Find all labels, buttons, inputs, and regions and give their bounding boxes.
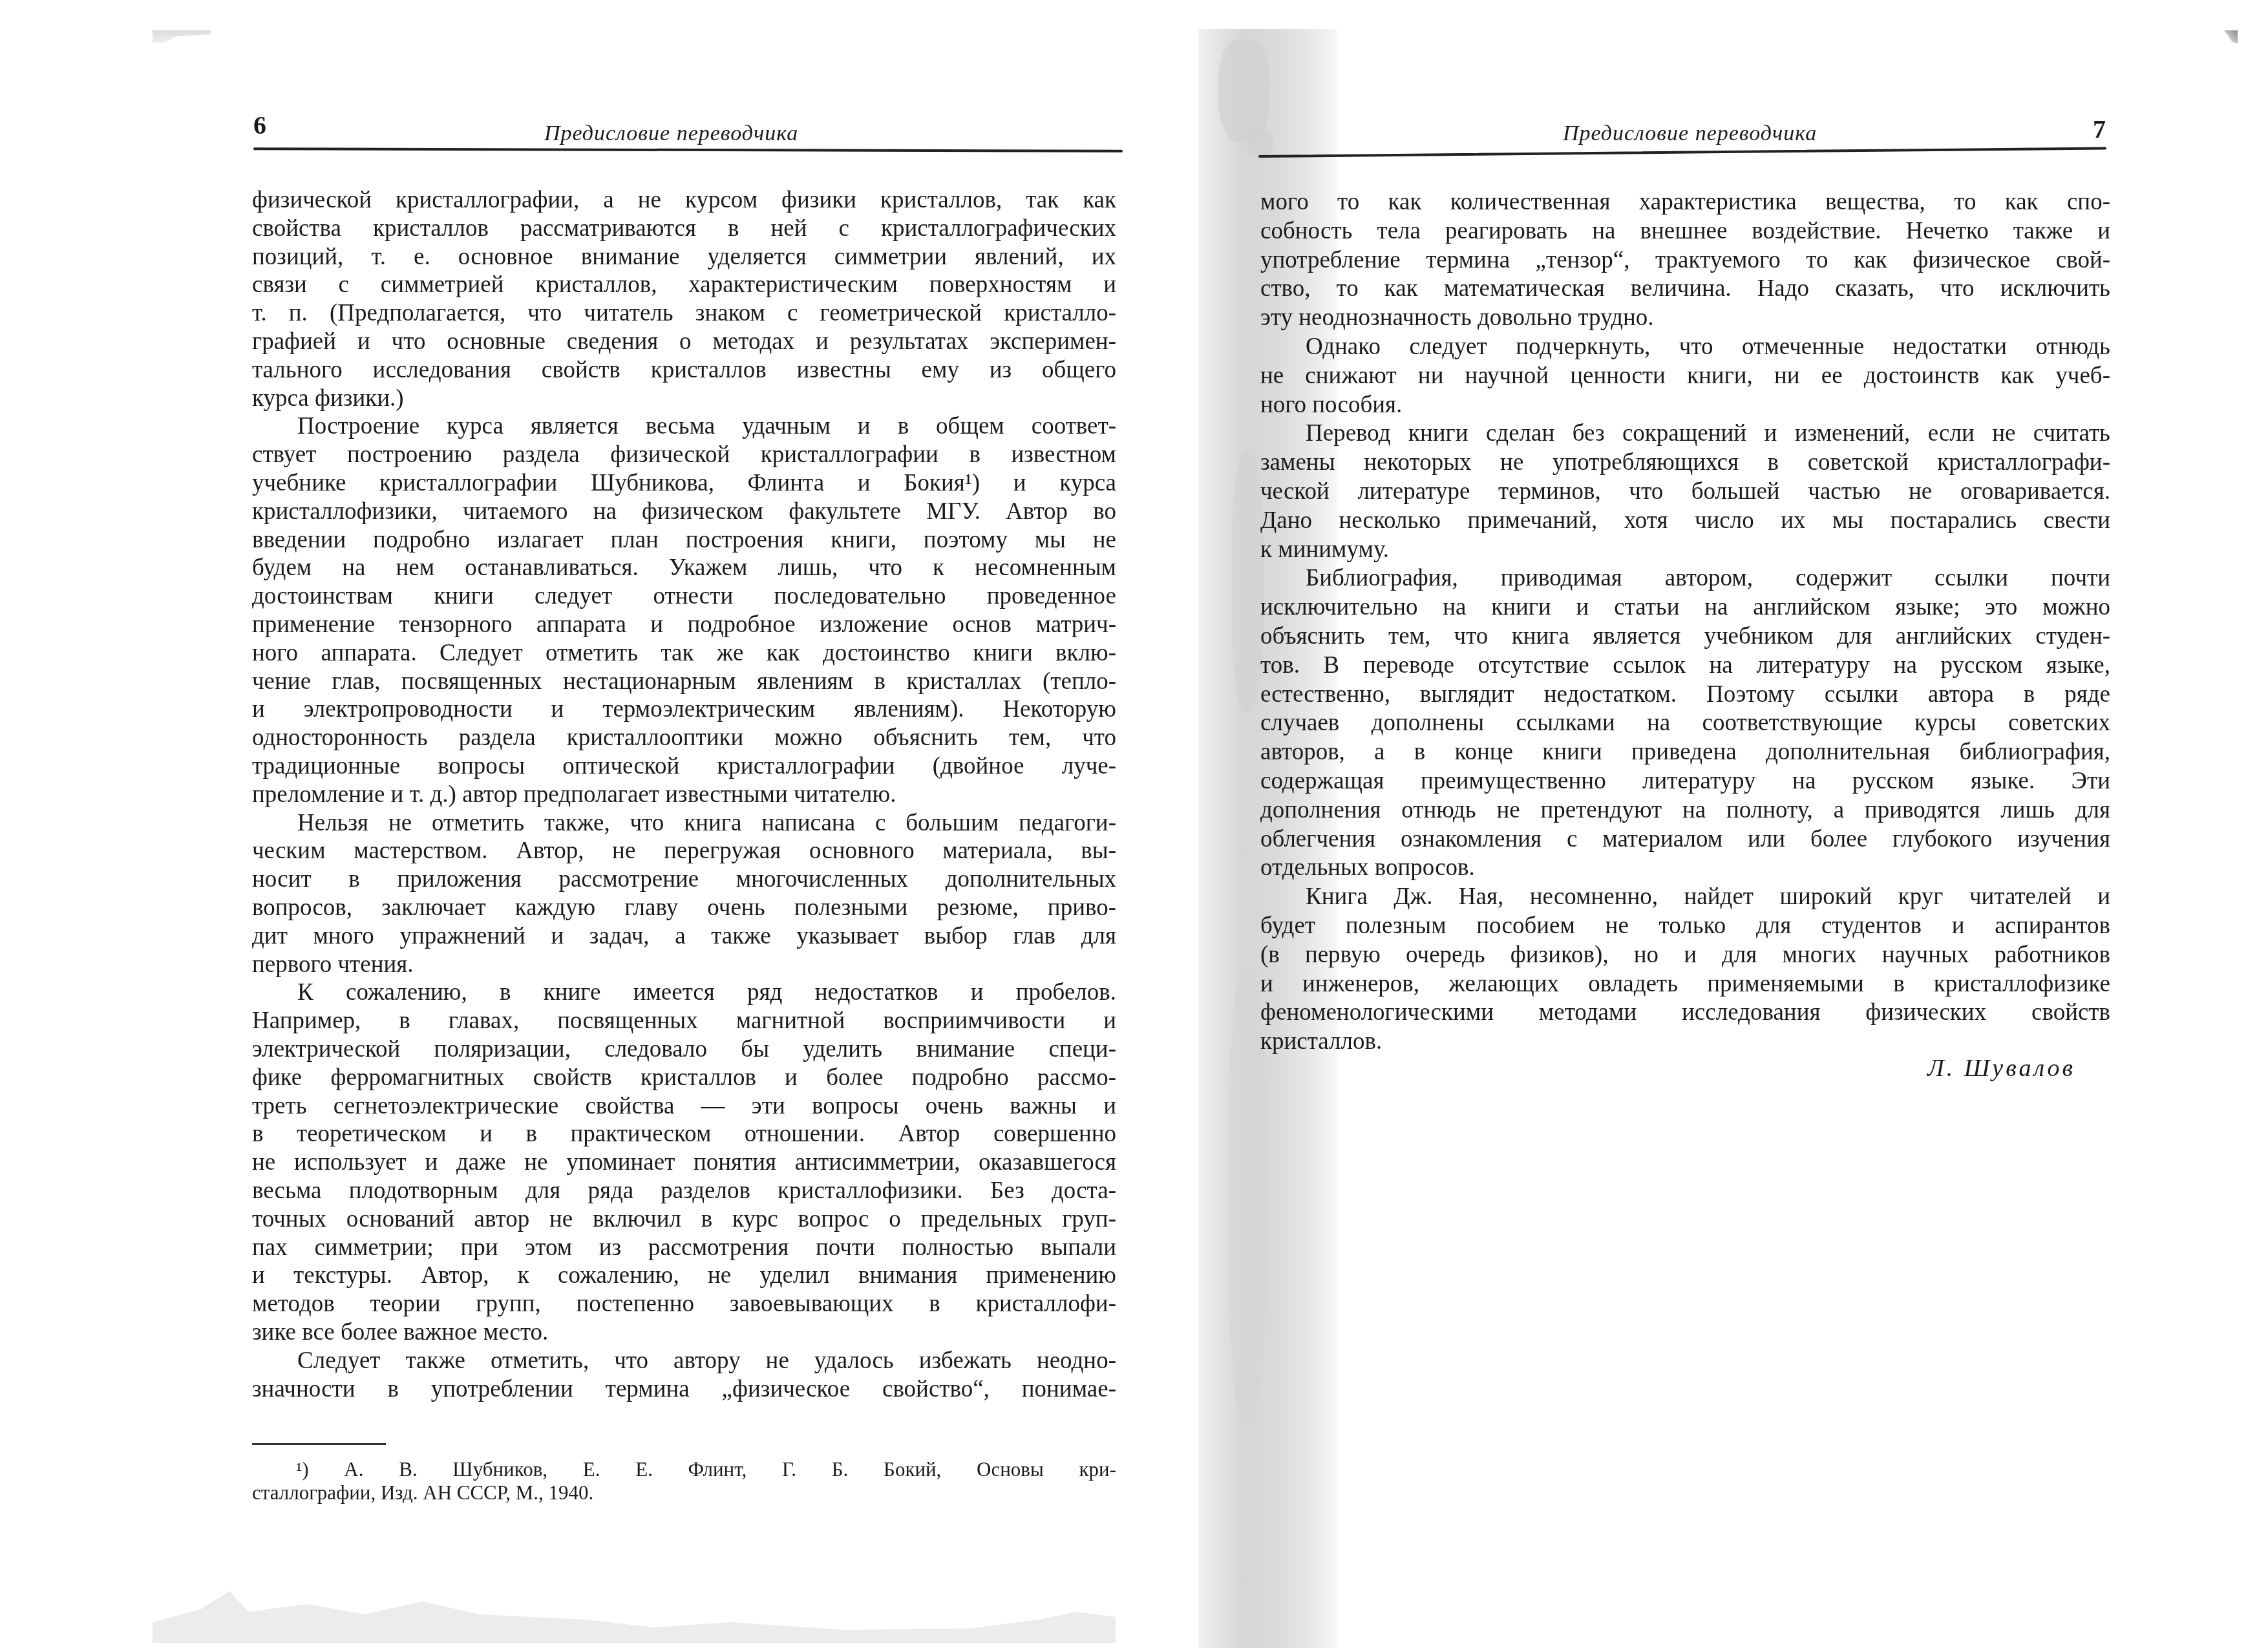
text-line: пах симметрии; при этом из рассмотрения …: [252, 1236, 1116, 1260]
text-line: Следует также отметить, что автору не уд…: [297, 1349, 1116, 1373]
text-line: Например, в главах, посвященных магнитно…: [252, 1009, 1116, 1033]
header-rule: [1258, 147, 2106, 158]
text-line: эту неоднозначность довольно трудно.: [1260, 306, 2110, 330]
text-line: зике все более важное место.: [252, 1320, 1116, 1344]
text-line: ного аппарата. Следует отметить так же к…: [252, 641, 1116, 665]
text-line: графией и что основные сведения о метода…: [252, 330, 1116, 354]
text-line: позиций, т. е. основное внимание уделяет…: [252, 245, 1116, 269]
text-line: фике ферромагнитных свойств кристаллов и…: [252, 1066, 1116, 1090]
footnote-rule: [252, 1443, 386, 1445]
text-line: не снижают ни научной ценности книги, ни…: [1260, 364, 2110, 388]
text-line: т. п. (Предполагается, что читатель знак…: [252, 301, 1116, 325]
text-line: авторов, а в конце книги приведена допол…: [1260, 740, 2110, 764]
text-line: свойства кристаллов рассматриваются в не…: [252, 217, 1116, 240]
text-line: кристаллов.: [1260, 1030, 2110, 1053]
scan-smudge-bottom: [153, 1591, 1116, 1643]
text-line: не использует и даже не упоминает поняти…: [252, 1150, 1116, 1174]
text-line: ческой литературе терминов, что большей …: [1260, 480, 2110, 503]
text-line: дит много упражнений и задач, а также ук…: [252, 924, 1116, 948]
text-line: Библиография, приводимая автором, содерж…: [1306, 566, 2110, 590]
text-line: собность тела реагировать на внешнее воз…: [1260, 219, 2110, 243]
gutter-stain: [1231, 452, 1264, 711]
text-line: тов. В переводе отсутствие ссылок на лит…: [1260, 653, 2110, 677]
text-line: Построение курса является весьма удачным…: [297, 414, 1116, 438]
text-line: объяснить тем, что книга является учебни…: [1260, 624, 2110, 648]
text-line: употребление термина „тензор“, трактуемо…: [1260, 248, 2110, 272]
text-line: весьма плодотворным для ряда разделов кр…: [252, 1179, 1116, 1203]
text-line: первого чтения.: [252, 953, 1116, 977]
gutter-stain: [1218, 39, 1270, 142]
text-line: методов теории групп, постепенно завоевы…: [252, 1292, 1116, 1316]
header-rule: [253, 147, 1123, 153]
text-line: электрической поляризации, следовало бы …: [252, 1037, 1116, 1061]
book-spread: 6 Предисловие переводчика физической кри…: [0, 0, 2268, 1648]
text-line: применение тензорного аппарата и подробн…: [252, 613, 1116, 637]
text-line: будет полезным пособием не только для ст…: [1260, 914, 2110, 938]
gutter-stain: [1247, 129, 1273, 155]
text-line: традиционные вопросы оптической кристалл…: [252, 754, 1116, 778]
text-line: значности в употреблении термина „физиче…: [252, 1377, 1116, 1401]
text-line: облегчения ознакомления с материалом или…: [1260, 827, 2110, 851]
text-line: случаев дополнены ссылками на соответств…: [1260, 711, 2110, 735]
text-line: связи с симметрией кристаллов, характери…: [252, 273, 1116, 297]
text-line: в теоретическом и в практическом отношен…: [252, 1122, 1116, 1146]
text-line: точных оснований автор не включил в курс…: [252, 1207, 1116, 1231]
text-line: естественно, выглядит недостатком. Поэто…: [1260, 682, 2110, 706]
text-line: ство, то как математическая величина. На…: [1260, 277, 2110, 301]
text-line: исключительно на книги и статьи на англи…: [1260, 595, 2110, 619]
text-line: достоинствам книги следует отнести после…: [252, 584, 1116, 608]
scan-smudge-top-left: [153, 30, 211, 43]
text-line: преломление и т. д.) автор предполагает …: [252, 783, 1116, 807]
text-line: ствует построению раздела физической кри…: [252, 443, 1116, 467]
text-line: физической кристаллографии, а не курсом …: [252, 188, 1116, 212]
text-line: Книга Дж. Ная, несомненно, найдет широки…: [1306, 885, 2110, 909]
text-line: треть сегнетоэлектрические свойства — эт…: [252, 1094, 1116, 1118]
text-line: мого то как количественная характеристик…: [1260, 190, 2110, 214]
text-line: Перевод книги сделан без сокращений и из…: [1306, 421, 2110, 445]
footnote-line: сталлографии, Изд. АН СССР, М., 1940.: [252, 1483, 1116, 1503]
text-line: тального исследования свойств кристаллов…: [252, 358, 1116, 382]
text-line: (в первую очередь физиков), но и для мно…: [1260, 943, 2110, 967]
text-line: и инженеров, желающих овладеть применяем…: [1260, 972, 2110, 996]
text-line: замены некоторых не употребляющихся в со…: [1260, 450, 2110, 474]
text-line: вопросов, заключает каждую главу очень п…: [252, 896, 1116, 920]
translator-signature: Л. Шувалов: [1927, 1056, 2075, 1081]
page-number: 6: [253, 112, 266, 138]
text-line: введении подробно излагает план построен…: [252, 528, 1116, 552]
text-line: чение глав, посвященных нестационарным я…: [252, 670, 1116, 693]
text-line: учебнике кристаллографии Шубникова, Флин…: [252, 471, 1116, 495]
text-line: курса физики.): [252, 386, 1116, 410]
text-line: и электропроводности и термоэлектрически…: [252, 697, 1116, 721]
text-line: кристаллофизики, читаемого на физическом…: [252, 500, 1116, 523]
text-line: Дано несколько примечаний, хотя число их…: [1260, 509, 2110, 533]
text-line: носит в приложения рассмотрение многочис…: [252, 867, 1116, 891]
text-line: и текстуры. Автор, к сожалению, не удели…: [252, 1263, 1116, 1287]
text-line: дополнения отнюдь не претендуют на полно…: [1260, 798, 2110, 822]
text-line: К сожалению, в книге имеется ряд недоста…: [297, 980, 1116, 1004]
text-line: содержащая преимущественно литературу на…: [1260, 769, 2110, 793]
text-line: будем на нем останавливаться. Укажем лиш…: [252, 556, 1116, 580]
running-head: Предисловие переводчика: [1563, 123, 1817, 145]
text-line: Однако следует подчеркнуть, что отмеченн…: [1306, 335, 2110, 359]
footnote-line: ¹) А. В. Шубников, Е. Е. Флинт, Г. Б. Бо…: [296, 1459, 1116, 1479]
text-line: односторонность раздела кристаллооптики …: [252, 726, 1116, 750]
text-line: к минимуму.: [1260, 538, 2110, 562]
text-line: отдельных вопросов.: [1260, 856, 2110, 880]
page-number: 7: [2093, 116, 2106, 142]
text-line: ческим мастерством. Автор, не перегружая…: [252, 839, 1116, 863]
page-corner-curl: [2224, 30, 2238, 43]
text-line: ного пособия.: [1260, 393, 2110, 417]
text-line: феноменологическими методами исследовани…: [1260, 1000, 2110, 1024]
running-head: Предисловие переводчика: [544, 123, 798, 145]
text-line: Нельзя не отметить также, что книга напи…: [297, 811, 1116, 835]
